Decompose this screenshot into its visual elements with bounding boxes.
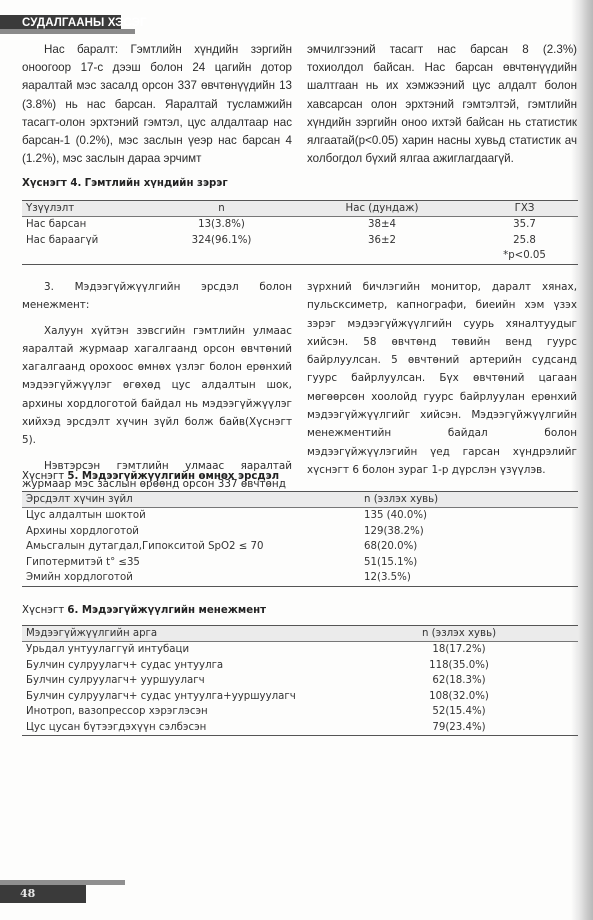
cell: Эмийн хордлоготой	[22, 570, 360, 586]
cell: 129(38.2%)	[360, 524, 578, 540]
table-row: Нас бараагүй 324(96.1%) 36±2 25.8	[22, 233, 578, 249]
cell: Цус алдалтын шоктой	[22, 508, 360, 524]
page-number: 48	[20, 887, 35, 900]
paragraph-text: зүрхний бичлэгийн монитор, даралт хянах,…	[307, 278, 577, 479]
column-header: Мэдээгүйжүүлгийн арга	[22, 626, 340, 642]
table-row: Амьсгалын дутагдал,Гипокситой SpO2 ≤ 706…	[22, 539, 578, 555]
cell: 12(3.5%)	[360, 570, 578, 586]
table-footnote-row: *p<0.05	[22, 248, 578, 264]
cell: Булчин сулруулагч+ уурш­уулагч	[22, 673, 340, 689]
column-header: Үзүүлэлт	[22, 201, 150, 217]
table4-caption: Хүснэгт 4. Гэмтлийн хүндийн зэрэг	[22, 178, 228, 189]
section3-right-column: зүрхний бичлэгийн монитор, даралт хянах,…	[307, 278, 577, 479]
footer-band	[0, 885, 86, 903]
table5-preanesthetic-risk: Эрсдэлт хүчин зүйл n (эзлэх хувь) Цус ал…	[22, 491, 578, 587]
section3-left-column: 3. Мэдээгүйжүүлгийн эрсдэл болон менежме…	[22, 278, 292, 493]
cell: 108(32.0%)	[340, 689, 578, 705]
cell: 51(15.1%)	[360, 555, 578, 571]
paragraph-text: Нас баралт: Гэмтлийн хүндийн зэргийн оно…	[22, 41, 292, 168]
significance-footnote: *p<0.05	[471, 248, 578, 264]
cell: Инотроп, вазопрессор хэрэглэсэн	[22, 704, 340, 720]
table6-caption-prefix: Хүснэгт	[22, 605, 64, 616]
paragraph-text: Халуун хүйтэн зэвсгийн гэмтлийн улмаас я…	[22, 322, 292, 450]
cell: 79(23.4%)	[340, 720, 578, 736]
table5-caption-title: 5. Мэдээгүйжүүлгийн өмнөх эрсдэл	[67, 471, 279, 482]
column-header: n (эзлэх хувь)	[360, 492, 578, 508]
cell: Нас бараагүй	[22, 233, 150, 249]
cell: 68(20.0%)	[360, 539, 578, 555]
cell: Амьсгалын дутагдал,Гипокситой SpO2 ≤ 70	[22, 539, 360, 555]
cell: 118(35.0%)	[340, 658, 578, 674]
table-row: Булчин сулруулагч+ судас унтуулга118(35.…	[22, 658, 578, 674]
cell: 18(17.2%)	[340, 642, 578, 658]
table-row: Гипотермитэй t° ≤3551(15.1%)	[22, 555, 578, 571]
column-header: n	[150, 201, 293, 217]
table-row: Цус цусан бүтээгдэхүүн сэлбэсэн79(23.4%)	[22, 720, 578, 736]
cell: 38±4	[293, 217, 471, 233]
table-row: Нас барсан 13(3.8%) 38±4 35.7	[22, 217, 578, 233]
cell: 25.8	[471, 233, 578, 249]
table-row: Инотроп, вазопрессор хэрэглэсэн52(15.4%)	[22, 704, 578, 720]
table4-injury-severity: Үзүүлэлт n Нас (дундаж) ГХЗ Нас барсан 1…	[22, 200, 578, 265]
table4-caption-title: Гэмтлийн хүндийн зэрэг	[85, 178, 228, 189]
cell: 324(96.1%)	[150, 233, 293, 249]
cell: 13(3.8%)	[150, 217, 293, 233]
paragraph-mortality-left: Нас баралт: Гэмтлийн хүндийн зэргийн оно…	[22, 41, 292, 168]
table-row: Урьдал унтуулаггүй интубаци18(17.2%)	[22, 642, 578, 658]
table6-anesthesia-management: Мэдээгүйжүүлгийн арга n (эзлэх хувь) Урь…	[22, 625, 578, 736]
cell: Гипотермитэй t° ≤35	[22, 555, 360, 571]
column-header: ГХЗ	[471, 201, 578, 217]
table-header-row: Мэдээгүйжүүлгийн арга n (эзлэх хувь)	[22, 626, 578, 642]
table-row: Булчин сулруулагч+ судас унтуулга+уурш­у…	[22, 689, 578, 705]
cell: 135 (40.0%)	[360, 508, 578, 524]
table-header-row: Эрсдэлт хүчин зүйл n (эзлэх хувь)	[22, 492, 578, 508]
cell: 36±2	[293, 233, 471, 249]
cell: 52(15.4%)	[340, 704, 578, 720]
cell: Булчин сулруулагч+ судас унтуулга	[22, 658, 340, 674]
section-title: СУДАЛГААНЫ ХЭСЭГ	[22, 17, 147, 29]
cell: 35.7	[471, 217, 578, 233]
cell: 62(18.3%)	[340, 673, 578, 689]
column-header: n (эзлэх хувь)	[340, 626, 578, 642]
column-header: Нас (дундаж)	[293, 201, 471, 217]
column-header: Эрсдэлт хүчин зүйл	[22, 492, 360, 508]
table6-caption-title: 6. Мэдээгүйжүүлгийн менежмент	[67, 605, 266, 616]
table-header-row: Үзүүлэлт n Нас (дундаж) ГХЗ	[22, 201, 578, 217]
cell: Архины хордлоготой	[22, 524, 360, 540]
table-row: Эмийн хордлоготой12(3.5%)	[22, 570, 578, 586]
cell: Нас барсан	[22, 217, 150, 233]
cell: Булчин сулруулагч+ судас унтуулга+уурш­у…	[22, 689, 340, 705]
table-row: Цус алдалтын шоктой135 (40.0%)	[22, 508, 578, 524]
paragraph-text: эмчилгээний тасагт нас барсан 8 (2.3%) т…	[307, 41, 577, 168]
cell: Цус цусан бүтээгдэхүүн сэлбэсэн	[22, 720, 340, 736]
table-row: Архины хордлоготой129(38.2%)	[22, 524, 578, 540]
header-band-underline	[0, 29, 135, 34]
table4-caption-prefix: Хүснэгт 4.	[22, 178, 81, 189]
section3-heading: 3. Мэдээгүйжүүлгийн эрсдэл болон менежме…	[22, 278, 292, 315]
table5-caption-prefix: Хүснэгт	[22, 471, 64, 482]
paragraph-mortality-right: эмчилгээний тасагт нас барсан 8 (2.3%) т…	[307, 41, 577, 168]
cell: Урьдал унтуулаггүй интубаци	[22, 642, 340, 658]
table5-caption: Хүснэгт 5. Мэдээгүйжүүлгийн өмнөх эрсдэл	[22, 471, 279, 482]
table-row: Булчин сулруулагч+ уурш­уулагч62(18.3%)	[22, 673, 578, 689]
table6-caption: Хүснэгт 6. Мэдээгүйжүүлгийн менежмент	[22, 605, 266, 616]
